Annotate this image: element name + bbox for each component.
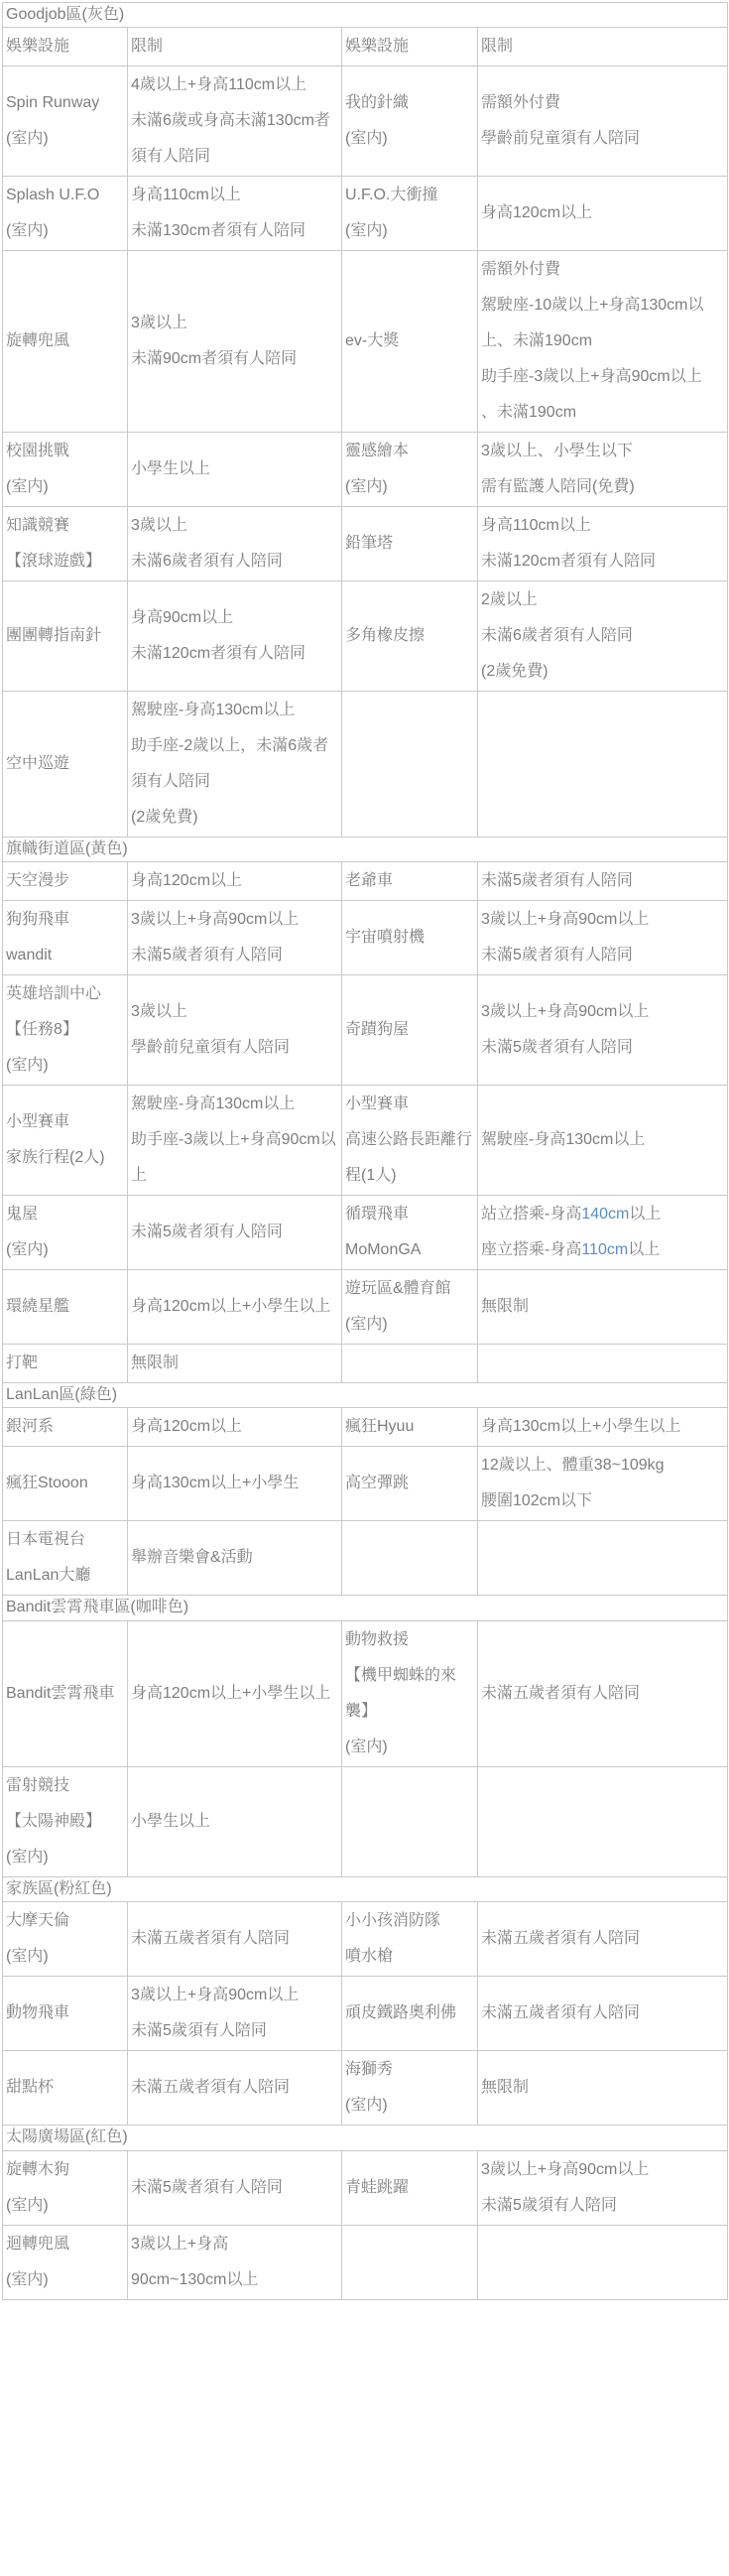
table-row: 狗狗飛車wandit3歲以上+身高90cm以上未滿5歲者須有人陪同宇宙噴射機3歲… [3, 900, 728, 974]
cell-line: 3歲以上+身高90cm以上 [481, 2152, 724, 2188]
section-row: LanLan區(綠色) [3, 1382, 728, 1407]
text-segment: 站立搭乘-身高 [481, 1206, 581, 1223]
cell-line: 瘋狂Hyuu [345, 1409, 474, 1445]
restriction-cell: 未滿五歲者須有人陪同 [128, 1902, 342, 1977]
cell-line: 【滾球遊戲】 [6, 544, 124, 580]
cell-line: 未滿130cm者須有人陪同 [131, 213, 338, 249]
cell-line: 駕駛座-10歲以上+身高130cm以上、未滿190cm [481, 288, 724, 359]
section-title: 旗幟街道區(黃色) [3, 837, 728, 861]
cell-line: 身高120cm以上 [481, 195, 724, 231]
restriction-cell: 身高90cm以上未滿120cm者須有人陪同 [128, 580, 342, 691]
cell-line: (室内) [6, 2262, 124, 2298]
cell-line: 宇宙噴射機 [345, 920, 474, 956]
attraction-name-cell: 團團轉指南針 [3, 580, 128, 691]
attraction-name-cell: 多角橡皮擦 [342, 580, 478, 691]
cell-line: 身高120cm以上 [131, 1409, 338, 1445]
cell-line: 旋轉木狗 [6, 2152, 124, 2188]
cell-line: 、未滿190cm [481, 395, 724, 431]
table-row: 天空漫步身高120cm以上老爺車未滿5歲者須有人陪同 [3, 861, 728, 900]
cell-line: 3歲以上+身高90cm以上 [481, 994, 724, 1030]
cell-line: 【任務8】 [6, 1012, 124, 1048]
cell-line: (室内) [6, 1048, 124, 1084]
table-row: 動物飛車3歲以上+身高90cm以上未滿5歲須有人陪同頑皮鐵路奧利佛未滿五歲者須有… [3, 1977, 728, 2051]
cell-line: 未滿6歲者須有人陪同 [131, 544, 338, 580]
restriction-cell: 3歲以上+身高90cm以上未滿5歲者須有人陪同 [478, 900, 728, 974]
attraction-name-cell: Splash U.F.O(室内) [3, 176, 128, 250]
table-row: 環繞星艦身高120cm以上+小學生以上遊玩區&體育館(室内)無限制 [3, 1269, 728, 1344]
restriction-cell: 未滿5歲者須有人陪同 [128, 1195, 342, 1269]
restriction-cell: 12歲以上、體重38~109kg腰圍102cm以下 [478, 1447, 728, 1521]
cell-line: (室内) [6, 1939, 124, 1975]
table-row: 小型賽車家族行程(2人)駕駛座-身高130cm以上助手座-3歲以上+身高90cm… [3, 1085, 728, 1195]
restriction-cell: 3歲以上+身高90cm~130cm以上 [128, 2225, 342, 2299]
cell-line: 未滿5歲者須有人陪同 [481, 863, 724, 899]
restriction-cell [478, 691, 728, 837]
cell-line: 助手座-3歲以上+身高90cm以上 [131, 1122, 338, 1194]
restriction-cell: 小學生以上 [128, 432, 342, 506]
cell-line: 狗狗飛車 [6, 902, 124, 938]
cell-line: MoMonGA [345, 1232, 474, 1268]
cell-line: 3歲以上、小學生以下 [481, 434, 724, 469]
cell-line: 3歲以上+身高90cm以上 [131, 1978, 338, 2013]
cell-line: 無限制 [481, 1289, 724, 1325]
attractions-table-body: Goodjob區(灰色)娛樂設施限制娛樂設施限制Spin Runway(室内)4… [3, 3, 728, 2300]
cell-line: 奇蹟狗屋 [345, 1012, 474, 1048]
restriction-cell: 未滿五歲者須有人陪同 [478, 1977, 728, 2051]
text-segment: 以上 [628, 1241, 660, 1258]
restriction-cell: 身高130cm以上+小學生 [128, 1447, 342, 1521]
cell-line: 天空漫步 [6, 863, 124, 899]
attraction-name-cell: 英雄培訓中心【任務8】(室内) [3, 974, 128, 1085]
attraction-name-cell: 遊玩區&體育館(室内) [342, 1269, 478, 1344]
cell-line: (室内) [345, 121, 474, 157]
restriction-cell: 身高130cm以上+小學生以上 [478, 1408, 728, 1447]
attraction-name-cell: 瘋狂Hyuu [342, 1408, 478, 1447]
attraction-name-cell: 大摩天倫(室内) [3, 1902, 128, 1977]
cell-line: 12歲以上、體重38~109kg [481, 1448, 724, 1483]
attraction-name-cell: 動物飛車 [3, 1977, 128, 2051]
section-title: Goodjob區(灰色) [3, 3, 728, 28]
attraction-name-cell: 環繞星艦 [3, 1269, 128, 1344]
table-row: Splash U.F.O(室内)身高110cm以上未滿130cm者須有人陪同U.… [3, 176, 728, 250]
column-header-attraction[interactable]: 娛樂設施 [342, 28, 478, 65]
restriction-cell: 3歲以上+身高90cm以上未滿5歲者須有人陪同 [128, 900, 342, 974]
attraction-name-cell: 旋轉兜風 [3, 250, 128, 432]
restriction-cell [478, 2225, 728, 2299]
cell-line: 鉛筆塔 [345, 526, 474, 562]
section-title: Bandit雲霄飛車區(咖啡色) [3, 1596, 728, 1620]
restriction-cell [478, 1344, 728, 1382]
cell-line: 動物飛車 [6, 1996, 124, 2031]
cell-line: 未滿6歲或身高未滿130cm者須有人陪同 [131, 103, 338, 175]
cell-line: LanLan大廳 [6, 1558, 124, 1594]
restriction-cell: 3歲以上+身高90cm以上未滿5歲須有人陪同 [128, 1977, 342, 2051]
cell-line: 3歲以上+身高90cm以上 [131, 902, 338, 938]
attraction-name-cell: 海獅秀(室内) [342, 2051, 478, 2125]
attraction-name-cell: ev-大獎 [342, 250, 478, 432]
cell-line: 空中巡遊 [6, 746, 124, 782]
restriction-cell: 駕駛座-身高130cm以上 [478, 1085, 728, 1195]
table-row: 團團轉指南針身高90cm以上未滿120cm者須有人陪同多角橡皮擦2歲以上未滿6歲… [3, 580, 728, 691]
attraction-name-cell: 循環飛車MoMonGA [342, 1195, 478, 1269]
cell-line: (室内) [345, 1307, 474, 1343]
attraction-name-cell: 鬼屋(室内) [3, 1195, 128, 1269]
attraction-name-cell: 青蛙跳躍 [342, 2150, 478, 2225]
restriction-cell: 身高120cm以上+小學生以上 [128, 1269, 342, 1344]
restriction-cell: 3歲以上未滿90cm者須有人陪同 [128, 250, 342, 432]
cell-line: (室内) [6, 1840, 124, 1875]
cell-line: 未滿6歲者須有人陪同 [481, 618, 724, 654]
section-title: 太陽廣場區(紅色) [3, 2125, 728, 2150]
attraction-name-cell: 旋轉木狗(室内) [3, 2150, 128, 2225]
attraction-name-cell: 頑皮鐵路奧利佛 [342, 1977, 478, 2051]
cell-line: (室内) [6, 1232, 124, 1268]
table-row: 英雄培訓中心【任務8】(室内)3歲以上學齡前兒童須有人陪同奇蹟狗屋3歲以上+身高… [3, 974, 728, 1085]
attraction-name-cell: U.F.O.大衝撞(室内) [342, 176, 478, 250]
cell-line: (室内) [6, 469, 124, 505]
cell-line: 未滿5歲須有人陪同 [131, 2013, 338, 2049]
attraction-name-cell [342, 2225, 478, 2299]
cell-line: 3歲以上+身高 [131, 2227, 338, 2262]
cell-line: 未滿5歲者須有人陪同 [481, 1030, 724, 1066]
cell-line: 2歲以上 [481, 582, 724, 618]
cell-line: Bandit雲霄飛車 [6, 1676, 124, 1712]
restriction-cell: 身高120cm以上+小學生以上 [128, 1620, 342, 1766]
table-row: 校園挑戰(室内)小學生以上靈感繪本(室内)3歲以上、小學生以下需有監護人陪同(免… [3, 432, 728, 506]
cell-line: Splash U.F.O [6, 178, 124, 213]
table-row: 甜點杯未滿五歲者須有人陪同海獅秀(室内)無限制 [3, 2051, 728, 2125]
cell-line: 知識競賽 [6, 508, 124, 544]
attraction-name-cell: 高空彈跳 [342, 1447, 478, 1521]
cell-line: 3歲以上+身高90cm以上 [481, 902, 724, 938]
cell-line: (室内) [345, 2088, 474, 2124]
cell-line: 4歲以上+身高110cm以上 [131, 67, 338, 103]
cell-line: 【機甲蜘蛛的來襲】 [345, 1658, 474, 1730]
attraction-name-cell: 鉛筆塔 [342, 506, 478, 580]
cell-line: 未滿五歲者須有人陪同 [481, 1996, 724, 2031]
attraction-name-cell: 奇蹟狗屋 [342, 974, 478, 1085]
attraction-name-cell: 小型賽車高速公路長距離行程(1人) [342, 1085, 478, 1195]
cell-line: 3歲以上 [131, 994, 338, 1030]
cell-line: 青蛙跳躍 [345, 2170, 474, 2206]
restriction-cell: 身高110cm以上未滿120cm者須有人陪同 [478, 506, 728, 580]
table-row: Spin Runway(室内)4歲以上+身高110cm以上未滿6歲或身高未滿13… [3, 65, 728, 176]
cell-line: 需額外付費 [481, 252, 724, 288]
table-row: 空中巡遊駕駛座-身高130cm以上助手座-2歲以上，未滿6歲者須有人陪同(2歲免… [3, 691, 728, 837]
cell-line: 循環飛車 [345, 1197, 474, 1232]
attraction-name-cell: 靈感繪本(室内) [342, 432, 478, 506]
cell-line: 鬼屋 [6, 1197, 124, 1232]
attraction-name-cell: 日本電視台LanLan大廳 [3, 1521, 128, 1596]
cell-line: 銀河系 [6, 1409, 124, 1445]
restriction-cell: 未滿五歲者須有人陪同 [478, 1620, 728, 1766]
attraction-name-cell [342, 1344, 478, 1382]
cell-line: ev-大獎 [345, 323, 474, 359]
table-row: 迴轉兜風(室内)3歲以上+身高90cm~130cm以上 [3, 2225, 728, 2299]
attraction-name-cell: 銀河系 [3, 1408, 128, 1447]
restriction-cell: 3歲以上+身高90cm以上未滿5歲者須有人陪同 [478, 974, 728, 1085]
cell-line: 海獅秀 [345, 2052, 474, 2088]
cell-line: 身高120cm以上 [131, 863, 338, 899]
cell-line: U.F.O.大衝撞 [345, 178, 474, 213]
attraction-name-cell: 宇宙噴射機 [342, 900, 478, 974]
cell-line: (室内) [345, 469, 474, 505]
cell-line: 站立搭乘-身高140cm以上 [481, 1197, 724, 1232]
restriction-cell: 駕駛座-身高130cm以上助手座-2歲以上，未滿6歲者須有人陪同(2歲免費) [128, 691, 342, 837]
cell-line: (室内) [6, 213, 124, 249]
section-row: Goodjob區(灰色) [3, 3, 728, 28]
restriction-cell: 3歲以上、小學生以下需有監護人陪同(免費) [478, 432, 728, 506]
attraction-name-cell: 老爺車 [342, 861, 478, 900]
cell-line: 身高130cm以上+小學生 [131, 1466, 338, 1501]
cell-line: 小型賽車 [345, 1087, 474, 1122]
cell-line: 英雄培訓中心 [6, 976, 124, 1012]
restriction-cell: 身高120cm以上 [128, 1408, 342, 1447]
table-row: 旋轉木狗(室内)未滿5歲者須有人陪同青蛙跳躍3歲以上+身高90cm以上未滿5歲須… [3, 2150, 728, 2225]
restriction-cell: 站立搭乘-身高140cm以上座立搭乘-身高110cm以上 [478, 1195, 728, 1269]
cell-line: 無限制 [131, 1346, 338, 1381]
restriction-cell: 需額外付費學齡前兒童須有人陪同 [478, 65, 728, 176]
table-row: 旋轉兜風3歲以上未滿90cm者須有人陪同ev-大獎需額外付費駕駛座-10歲以上+… [3, 250, 728, 432]
cell-line: 小學生以上 [131, 1804, 338, 1840]
cell-line: 身高130cm以上+小學生以上 [481, 1409, 724, 1445]
table-row: 雷射競技【太陽神殿】(室内)小學生以上 [3, 1766, 728, 1876]
cell-line: 未滿五歲者須有人陪同 [131, 1921, 338, 1957]
cell-line: 身高110cm以上 [481, 508, 724, 544]
cell-line: 未滿5歲者須有人陪同 [131, 938, 338, 973]
cell-line: 90cm~130cm以上 [131, 2262, 338, 2298]
section-row: 太陽廣場區(紅色) [3, 2125, 728, 2150]
cell-line: 座立搭乘-身高110cm以上 [481, 1232, 724, 1268]
restriction-cell: 未滿5歲者須有人陪同 [478, 861, 728, 900]
cell-line: 身高120cm以上+小學生以上 [131, 1676, 338, 1712]
cell-line: 日本電視台 [6, 1522, 124, 1558]
attraction-name-cell: 空中巡遊 [3, 691, 128, 837]
cell-line: 駕駛座-身高130cm以上 [481, 1122, 724, 1158]
cell-line: 駕駛座-身高130cm以上 [131, 1087, 338, 1122]
restriction-cell: 2歲以上未滿6歲者須有人陪同(2歲免費) [478, 580, 728, 691]
cell-line: 未滿5歲者須有人陪同 [131, 2170, 338, 2206]
cell-line: 打靶 [6, 1346, 124, 1381]
cell-line: 老爺車 [345, 863, 474, 899]
attraction-name-cell: 天空漫步 [3, 861, 128, 900]
restriction-cell: 身高110cm以上未滿130cm者須有人陪同 [128, 176, 342, 250]
column-header-restriction[interactable]: 限制 [478, 28, 728, 65]
attraction-name-cell: 我的針織(室内) [342, 65, 478, 176]
cell-line: 雷射競技 [6, 1768, 124, 1804]
cell-line: 3歲以上 [131, 306, 338, 341]
attraction-name-cell: 動物救援【機甲蜘蛛的來襲】(室内) [342, 1620, 478, 1766]
cell-line: 小學生以上 [131, 451, 338, 487]
cell-line: (2歲免費) [131, 800, 338, 836]
attraction-name-cell: 狗狗飛車wandit [3, 900, 128, 974]
cell-line: 學齡前兒童須有人陪同 [131, 1030, 338, 1066]
cell-line: 未滿五歲者須有人陪同 [481, 1676, 724, 1712]
restriction-cell: 未滿5歲者須有人陪同 [128, 2150, 342, 2225]
cell-line: 甜點杯 [6, 2070, 124, 2106]
page: Goodjob區(灰色)娛樂設施限制娛樂設施限制Spin Runway(室内)4… [0, 0, 729, 2302]
cell-line: 未滿5歲須有人陪同 [481, 2188, 724, 2224]
cell-line: (2歲免費) [481, 654, 724, 690]
cell-line: 大摩天倫 [6, 1903, 124, 1939]
section-row: 旗幟街道區(黃色) [3, 837, 728, 861]
restriction-cell: 小學生以上 [128, 1766, 342, 1876]
cell-line: 頑皮鐵路奧利佛 [345, 1996, 474, 2031]
restriction-cell: 3歲以上學齡前兒童須有人陪同 [128, 974, 342, 1085]
table-row: 瘋狂Stooon身高130cm以上+小學生高空彈跳12歲以上、體重38~109k… [3, 1447, 728, 1521]
attraction-name-cell [342, 691, 478, 837]
attraction-name-cell: 小小孩消防隊噴水槍 [342, 1902, 478, 1977]
attraction-name-cell: 雷射競技【太陽神殿】(室内) [3, 1766, 128, 1876]
table-row: 知識競賽【滾球遊戲】3歲以上未滿6歲者須有人陪同鉛筆塔身高110cm以上未滿12… [3, 506, 728, 580]
cell-line: 駕駛座-身高130cm以上 [131, 693, 338, 728]
cell-line: 【太陽神殿】 [6, 1804, 124, 1840]
cell-line: 未滿5歲者須有人陪同 [131, 1215, 338, 1250]
restriction-cell: 需額外付費駕駛座-10歲以上+身高130cm以上、未滿190cm助手座-3歲以上… [478, 250, 728, 432]
restriction-cell [478, 1521, 728, 1596]
cell-line: 團團轉指南針 [6, 618, 124, 654]
cell-line: 家族行程(2人) [6, 1140, 124, 1176]
attraction-name-cell [342, 1766, 478, 1876]
cell-line: 無限制 [481, 2070, 724, 2106]
restriction-cell: 3歲以上未滿6歲者須有人陪同 [128, 506, 342, 580]
restriction-cell: 3歲以上+身高90cm以上未滿5歲須有人陪同 [478, 2150, 728, 2225]
attraction-name-cell: 校園挑戰(室内) [3, 432, 128, 506]
restriction-cell: 身高120cm以上 [478, 176, 728, 250]
text-segment: 座立搭乘-身高 [481, 1241, 581, 1258]
cell-line: 腰圍102cm以下 [481, 1483, 724, 1519]
cell-line: 瘋狂Stooon [6, 1466, 124, 1501]
cell-line: 未滿90cm者須有人陪同 [131, 341, 338, 377]
attraction-name-cell: Spin Runway(室内) [3, 65, 128, 176]
restriction-cell: 舉辦音樂會&活動 [128, 1521, 342, 1596]
cell-line: 小小孩消防隊 [345, 1903, 474, 1939]
cell-line: 迴轉兜風 [6, 2227, 124, 2262]
attraction-name-cell: 知識競賽【滾球遊戲】 [3, 506, 128, 580]
highlighted-measurement: 110cm [581, 1241, 628, 1258]
table-row: 日本電視台LanLan大廳舉辦音樂會&活動 [3, 1521, 728, 1596]
cell-line: 助手座-2歲以上，未滿6歲者須有人陪同 [131, 728, 338, 800]
section-row: 家族區(粉紅色) [3, 1876, 728, 1901]
table-row: 鬼屋(室内)未滿5歲者須有人陪同循環飛車MoMonGA站立搭乘-身高140cm以… [3, 1195, 728, 1269]
restriction-cell: 身高120cm以上 [128, 861, 342, 900]
cell-line: 身高90cm以上 [131, 600, 338, 636]
cell-line: 我的針織 [345, 85, 474, 121]
section-title: LanLan區(綠色) [3, 1382, 728, 1407]
cell-line: 高空彈跳 [345, 1466, 474, 1501]
attraction-name-cell: 小型賽車家族行程(2人) [3, 1085, 128, 1195]
cell-line: Spin Runway [6, 85, 124, 121]
cell-line: 舉辦音樂會&活動 [131, 1540, 338, 1576]
cell-line: 環繞星艦 [6, 1289, 124, 1325]
cell-line: (室内) [345, 213, 474, 249]
cell-line: 未滿五歲者須有人陪同 [481, 1921, 724, 1957]
cell-line: 身高110cm以上 [131, 178, 338, 213]
table-row: 打靶無限制 [3, 1344, 728, 1382]
cell-line: 需有監護人陪同(免費) [481, 469, 724, 505]
section-row: Bandit雲霄飛車區(咖啡色) [3, 1596, 728, 1620]
cell-line: 身高120cm以上+小學生以上 [131, 1289, 338, 1325]
attraction-name-cell: 迴轉兜風(室内) [3, 2225, 128, 2299]
cell-line: wandit [6, 938, 124, 973]
cell-line: 動物救援 [345, 1622, 474, 1658]
cell-line: 學齡前兒童須有人陪同 [481, 121, 724, 157]
attraction-name-cell: Bandit雲霄飛車 [3, 1620, 128, 1766]
cell-line: 遊玩區&體育館 [345, 1271, 474, 1307]
restriction-cell: 無限制 [478, 2051, 728, 2125]
cell-line: 助手座-3歲以上+身高90cm以上 [481, 359, 724, 395]
attraction-name-cell: 打靶 [3, 1344, 128, 1382]
column-header-attraction[interactable]: 娛樂設施 [3, 28, 128, 65]
table-row: 銀河系身高120cm以上瘋狂Hyuu身高130cm以上+小學生以上 [3, 1408, 728, 1447]
restriction-cell: 無限制 [128, 1344, 342, 1382]
cell-line: 未滿5歲者須有人陪同 [481, 938, 724, 973]
cell-line: 高速公路長距離行程(1人) [345, 1122, 474, 1194]
restriction-cell: 4歲以上+身高110cm以上未滿6歲或身高未滿130cm者須有人陪同 [128, 65, 342, 176]
cell-line: 未滿120cm者須有人陪同 [131, 636, 338, 672]
restriction-cell: 駕駛座-身高130cm以上助手座-3歲以上+身高90cm以上 [128, 1085, 342, 1195]
cell-line: 需額外付費 [481, 85, 724, 121]
cell-line: 靈感繪本 [345, 434, 474, 469]
cell-line: (室内) [345, 1730, 474, 1765]
cell-line: (室内) [6, 121, 124, 157]
cell-line: 多角橡皮擦 [345, 618, 474, 654]
text-segment: 以上 [629, 1206, 661, 1223]
restriction-cell [478, 1766, 728, 1876]
section-title: 家族區(粉紅色) [3, 1876, 728, 1901]
cell-line: 未滿五歲者須有人陪同 [131, 2070, 338, 2106]
cell-line: (室内) [6, 2188, 124, 2224]
attraction-name-cell [342, 1521, 478, 1596]
cell-line: 小型賽車 [6, 1104, 124, 1140]
attractions-table: Goodjob區(灰色)娛樂設施限制娛樂設施限制Spin Runway(室内)4… [2, 2, 728, 2300]
table-row: 大摩天倫(室内)未滿五歲者須有人陪同小小孩消防隊噴水槍未滿五歲者須有人陪同 [3, 1902, 728, 1977]
cell-line: 未滿120cm者須有人陪同 [481, 544, 724, 580]
cell-line: 3歲以上 [131, 508, 338, 544]
column-header-row: 娛樂設施限制娛樂設施限制 [3, 28, 728, 65]
cell-line: 旋轉兜風 [6, 323, 124, 359]
restriction-cell: 未滿五歲者須有人陪同 [478, 1902, 728, 1977]
attraction-name-cell: 甜點杯 [3, 2051, 128, 2125]
highlighted-measurement: 140cm [581, 1206, 629, 1223]
attraction-name-cell: 瘋狂Stooon [3, 1447, 128, 1521]
restriction-cell: 未滿五歲者須有人陪同 [128, 2051, 342, 2125]
column-header-restriction[interactable]: 限制 [128, 28, 342, 65]
table-row: Bandit雲霄飛車身高120cm以上+小學生以上動物救援【機甲蜘蛛的來襲】(室… [3, 1620, 728, 1766]
cell-line: 噴水槍 [345, 1939, 474, 1975]
restriction-cell: 無限制 [478, 1269, 728, 1344]
cell-line: 校園挑戰 [6, 434, 124, 469]
